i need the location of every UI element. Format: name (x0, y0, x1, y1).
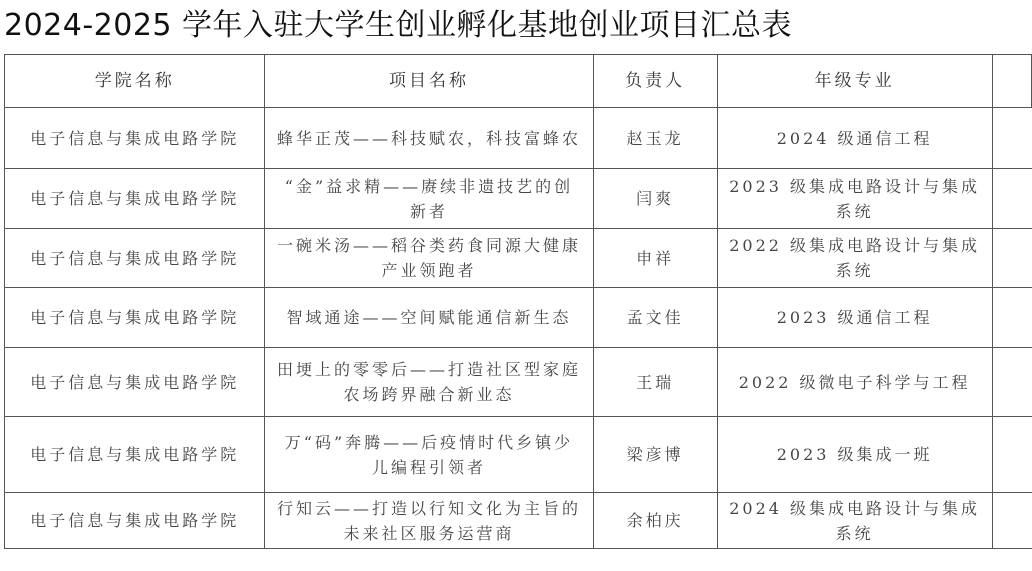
cell-college: 电子信息与集成电路学院 (5, 288, 265, 348)
cell-cut-off (992, 108, 1031, 169)
cell-project: 智域通途——空间赋能通信新生态 (265, 288, 593, 348)
project-summary-table: 学院名称 项目名称 负责人 年级专业 电子信息与集成电路学院 蜂华正茂——科技赋… (4, 54, 1032, 549)
cell-college: 电子信息与集成电路学院 (5, 417, 265, 493)
cell-grade-major: 2022 级集成电路设计与集成系统 (717, 229, 992, 288)
header-leader: 负责人 (593, 55, 717, 108)
cell-cut-off (992, 229, 1031, 288)
cell-project: “金”益求精——赓续非遗技艺的创新者 (265, 169, 593, 229)
cell-project: 田埂上的零零后——打造社区型家庭农场跨界融合新业态 (265, 348, 593, 417)
table-row: 电子信息与集成电路学院 田埂上的零零后——打造社区型家庭农场跨界融合新业态 王瑞… (5, 348, 1032, 417)
cell-project: 万“码”奔腾——后疫情时代乡镇少儿编程引领者 (265, 417, 593, 493)
cell-leader: 闫爽 (593, 169, 717, 229)
table-row: 电子信息与集成电路学院 智域通途——空间赋能通信新生态 孟文佳 2023 级通信… (5, 288, 1032, 348)
cell-grade-major: 2024 级通信工程 (717, 108, 992, 169)
cell-project: 行知云——打造以行知文化为主旨的未来社区服务运营商 (265, 493, 593, 549)
header-grade-major: 年级专业 (717, 55, 992, 108)
cell-grade-major: 2024 级集成电路设计与集成系统 (717, 493, 992, 549)
cell-leader: 孟文佳 (593, 288, 717, 348)
cell-cut-off (992, 169, 1031, 229)
cell-college: 电子信息与集成电路学院 (5, 108, 265, 169)
cell-college: 电子信息与集成电路学院 (5, 229, 265, 288)
cell-grade-major: 2023 级集成一班 (717, 417, 992, 493)
cell-project: 一碗米汤——稻谷类药食同源大健康产业领跑者 (265, 229, 593, 288)
table-row: 电子信息与集成电路学院 万“码”奔腾——后疫情时代乡镇少儿编程引领者 梁彦博 2… (5, 417, 1032, 493)
table-row: 电子信息与集成电路学院 蜂华正茂——科技赋农，科技富蜂农 赵玉龙 2024 级通… (5, 108, 1032, 169)
cell-college: 电子信息与集成电路学院 (5, 169, 265, 229)
cell-college: 电子信息与集成电路学院 (5, 493, 265, 549)
cell-college: 电子信息与集成电路学院 (5, 348, 265, 417)
cell-leader: 赵玉龙 (593, 108, 717, 169)
header-project: 项目名称 (265, 55, 593, 108)
cell-grade-major: 2023 级通信工程 (717, 288, 992, 348)
table-header-row: 学院名称 项目名称 负责人 年级专业 (5, 55, 1032, 108)
cell-cut-off (992, 288, 1031, 348)
page-title: 2024-2025 学年入驻大学生创业孵化基地创业项目汇总表 (0, 4, 1032, 48)
cell-leader: 王瑞 (593, 348, 717, 417)
table-row: 电子信息与集成电路学院 一碗米汤——稻谷类药食同源大健康产业领跑者 申祥 202… (5, 229, 1032, 288)
cell-cut-off (992, 493, 1031, 549)
cell-project: 蜂华正茂——科技赋农，科技富蜂农 (265, 108, 593, 169)
cell-leader: 余柏庆 (593, 493, 717, 549)
cell-leader: 申祥 (593, 229, 717, 288)
table-row: 电子信息与集成电路学院 “金”益求精——赓续非遗技艺的创新者 闫爽 2023 级… (5, 169, 1032, 229)
cell-grade-major: 2022 级微电子科学与工程 (717, 348, 992, 417)
table-row: 电子信息与集成电路学院 行知云——打造以行知文化为主旨的未来社区服务运营商 余柏… (5, 493, 1032, 549)
cell-leader: 梁彦博 (593, 417, 717, 493)
cell-grade-major: 2023 级集成电路设计与集成系统 (717, 169, 992, 229)
header-cut-off (992, 55, 1031, 108)
header-college: 学院名称 (5, 55, 265, 108)
cell-cut-off (992, 348, 1031, 417)
cell-cut-off (992, 417, 1031, 493)
